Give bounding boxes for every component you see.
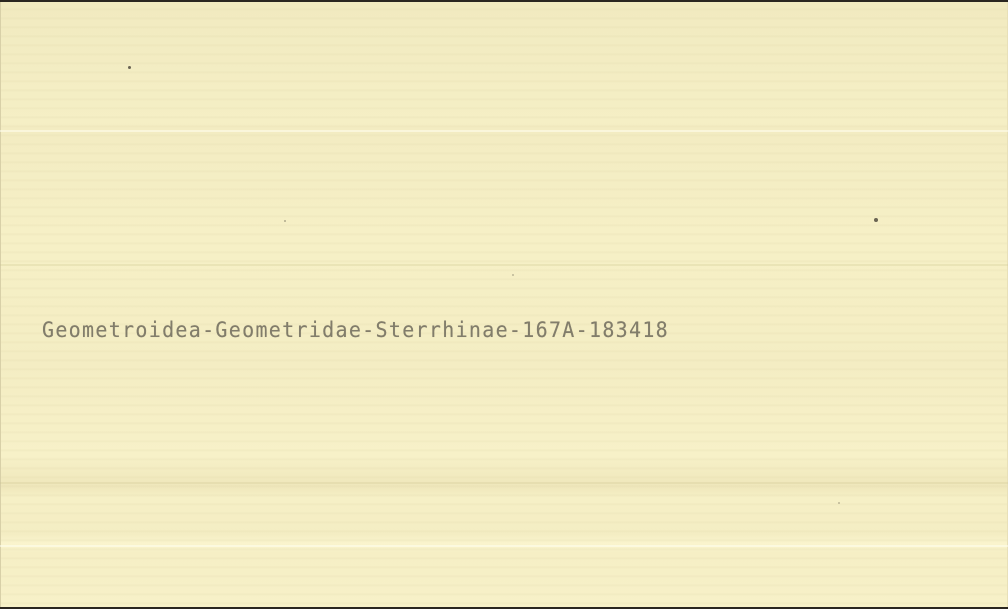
specimen-label-text: Geometroidea-Geometridae-Sterrhinae-167A… xyxy=(42,317,669,342)
index-card: Geometroidea-Geometridae-Sterrhinae-167A… xyxy=(0,2,1008,607)
paper-stripe xyxy=(0,545,1008,547)
paper-speck xyxy=(838,502,840,504)
paper-speck xyxy=(284,220,286,222)
paper-speck xyxy=(128,66,131,69)
paper-stripe xyxy=(0,482,1008,484)
paper-stripe xyxy=(0,130,1008,132)
paper-speck xyxy=(874,218,878,222)
paper-speck xyxy=(512,274,514,276)
paper-stripe xyxy=(0,264,1008,266)
